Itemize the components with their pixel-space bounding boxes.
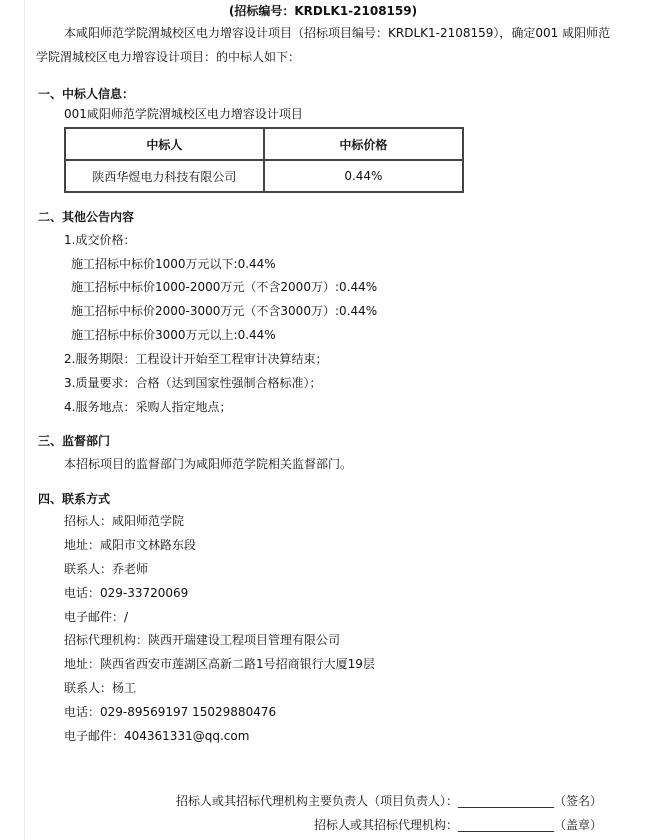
- header-price: 中标价格: [264, 128, 463, 160]
- list-item: 施工招标中标价3000万元以上:0.44%: [71, 327, 276, 343]
- intro-line-1: 本咸阳师范学院渭城校区电力增容设计项目（招标项目编号：KRDLK1-210815…: [64, 25, 610, 41]
- intro-line-2: 学院渭城校区电力增容设计项目：的中标人如下：: [36, 49, 300, 65]
- list-item: 3.质量要求：合格（达到国家性强制合格标准）；: [64, 375, 321, 391]
- contact-item: 电话：029-89569197 15029880476: [64, 704, 276, 720]
- contact-item: 地址：咸阳市文林路东段: [64, 537, 196, 553]
- cell-winner: 陕西华煜电力科技有限公司: [65, 160, 264, 192]
- project-name: 001咸阳师范学院渭城校区电力增容设计项目: [64, 106, 303, 122]
- list-item: 施工招标中标价1000万元以下:0.44%: [71, 256, 276, 272]
- list-item: 2.服务期限：工程设计开始至工程审计决算结束；: [64, 351, 327, 367]
- document-title: (招标编号：KRDLK1-2108159): [0, 3, 646, 19]
- contact-item: 招标代理机构：陕西开瑞建设工程项目管理有限公司: [64, 632, 340, 648]
- supervision-text: 本招标项目的监督部门为咸阳师范学院相关监督部门。: [64, 456, 352, 472]
- section-4-heading: 四、联系方式: [38, 491, 110, 507]
- page-left-rule: [24, 0, 25, 840]
- signature-line-responsible: 招标人或其招标代理机构主要负责人（项目负责人）：________________…: [176, 793, 602, 809]
- list-item: 施工招标中标价1000-2000万元（不含2000万）:0.44%: [71, 279, 377, 295]
- contact-item: 电子邮件：/: [64, 609, 128, 625]
- list-item: 施工招标中标价2000-3000万元（不含3000万）:0.44%: [71, 303, 377, 319]
- section-2-heading: 二、其他公告内容: [38, 209, 134, 225]
- contact-item: 招标人：咸阳师范学院: [64, 513, 184, 529]
- contact-item: 地址：陕西省西安市莲湖区高新二路1号招商银行大厦19层: [64, 656, 375, 672]
- signature-line-seal: 招标人或其招标代理机构：________________（盖章）: [314, 817, 602, 833]
- list-item: 1.成交价格：: [64, 232, 135, 248]
- contact-item: 电话：029-33720069: [64, 585, 188, 601]
- table-header-row: 中标人 中标价格: [65, 128, 463, 160]
- table-row: 陕西华煜电力科技有限公司 0.44%: [65, 160, 463, 192]
- contact-item: 联系人：杨工: [64, 680, 136, 696]
- contact-email-link[interactable]: 电子邮件：404361331@qq.com: [64, 728, 249, 744]
- section-1-heading: 一、中标人信息：: [38, 86, 134, 102]
- winner-table: 中标人 中标价格 陕西华煜电力科技有限公司 0.44%: [64, 127, 464, 193]
- contact-item: 联系人：乔老师: [64, 561, 148, 577]
- section-3-heading: 三、监督部门: [38, 433, 110, 449]
- list-item: 4.服务地点：采购人指定地点；: [64, 399, 231, 415]
- header-winner: 中标人: [65, 128, 264, 160]
- cell-price: 0.44%: [264, 160, 463, 192]
